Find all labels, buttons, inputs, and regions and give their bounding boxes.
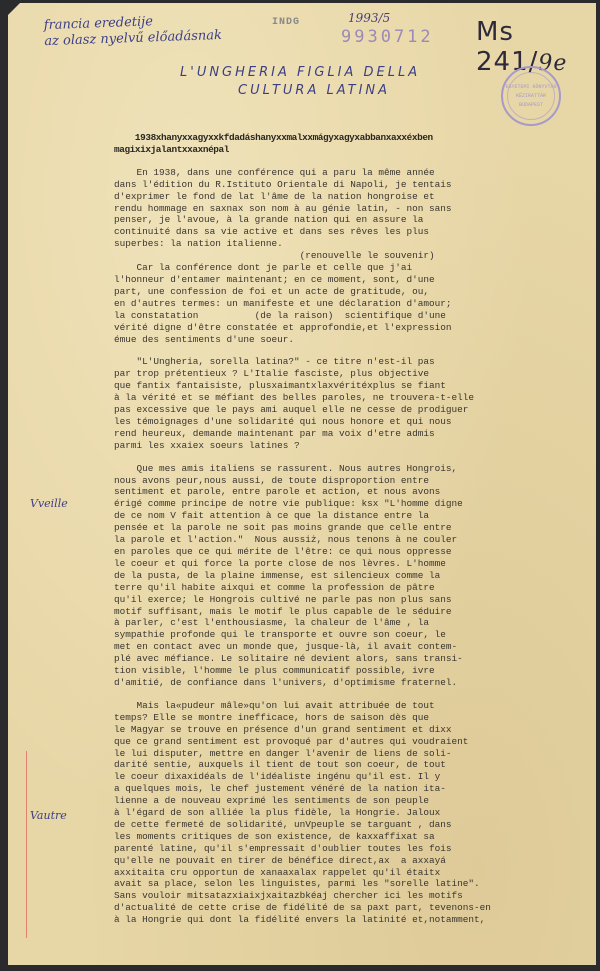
typed-line: part, une confession de foi et un acte d… — [114, 286, 584, 298]
handwritten-note-top-left: francia eredetije az olasz nyelvű előadá… — [43, 12, 222, 50]
indg-label: INDG — [272, 17, 300, 28]
typed-line: à l'égard de son alliée la plus fidèle, … — [114, 807, 584, 819]
stamp-line-2: KÉZIRATTÁR — [516, 92, 546, 101]
typed-line: le coeur dixaxidéals de l'idéaliste ingé… — [114, 771, 584, 783]
stamp-line-3: BUDAPEST — [519, 101, 543, 110]
typed-line: émue des sentiments d'une soeur. — [114, 334, 584, 346]
stamp-line-1: EGYETEMI KÖNYVTÁR — [505, 83, 556, 92]
typed-line: axxitaita cru opportun de xanaaxalax rap… — [114, 867, 584, 879]
typed-line: magixixjalantxxaxnépal — [114, 144, 584, 156]
library-stamp-icon: EGYETEMI KÖNYVTÁR KÉZIRATTÁR BUDAPEST — [501, 66, 561, 126]
typed-line: d'amitié, de confiance dans l'univers, d… — [114, 677, 584, 689]
typed-line: à parler, c'est l'enthousiasme, la chale… — [114, 617, 584, 629]
typed-line: de cette fermeté de solidarité, unVpeupl… — [114, 819, 584, 831]
typed-body: 1938xhanyxxagyxxkfdadáshanyxxmalxxmágyxa… — [114, 132, 584, 926]
typed-line: à la vérité et se méfiant des belles par… — [114, 392, 584, 404]
accession-year: 1993/5 — [348, 11, 390, 25]
typed-line: l'honneur d'entamer maintenant; en ce mo… — [114, 274, 584, 286]
paragraph-gap — [114, 156, 584, 167]
typed-line: de la pusta, de la plaine immense, est s… — [114, 570, 584, 582]
typed-line: sentiment et parole, entre parole et act… — [114, 486, 584, 498]
typed-line: Car la conférence dont je parle et celle… — [114, 262, 584, 274]
typed-line: Mais la«pudeur mâle»qu'on lui avait attr… — [114, 700, 584, 712]
typed-line: par trop prétentieux ? L'Italie fasciste… — [114, 368, 584, 380]
typed-line: "L'Ungheria, sorella latina?" - ce titre… — [114, 356, 584, 368]
typed-line: sympathie profonde qui le transporte et … — [114, 629, 584, 641]
paragraph-gap — [114, 689, 584, 700]
typed-line: la parole et l'action." Nous aussiż, nou… — [114, 534, 584, 546]
typed-line: de ce nom V fait attention à ce que la d… — [114, 510, 584, 522]
typed-line: d'exprimer le fond de lat l'âme de la na… — [114, 191, 584, 203]
typed-line: vérité digne d'être constatée et approfo… — [114, 322, 584, 334]
typed-line: 1938xhanyxxagyxxkfdadáshanyxxmalxxmágyxa… — [114, 132, 584, 144]
typed-line: darité sentie, auxquels il tient de tout… — [114, 759, 584, 771]
typed-line: parenté latine, qu'il s'empressait d'oub… — [114, 843, 584, 855]
typed-line: rendu hommage en saxnax son nom à au gén… — [114, 203, 584, 215]
document-title: L'UNGHERIA FIGLIA DELLA CULTURA LATINA — [180, 64, 480, 100]
typed-line: en d'autres termes: un manifeste et une … — [114, 298, 584, 310]
typed-line: penser, je l'avoue, à la grande nation q… — [114, 214, 584, 226]
typed-line: nous avons peur,nous aussi, de toute dis… — [114, 475, 584, 487]
paragraph-gap — [114, 345, 584, 356]
typed-line: (renouvelle le souvenir) — [114, 250, 584, 262]
margin-red-line — [26, 751, 27, 938]
typed-line: en paroles que ce qui mérite de l'être: … — [114, 546, 584, 558]
title-line-1: L'UNGHERIA FIGLIA DELLA — [180, 64, 480, 82]
typed-line: superbes: la nation italienne. — [114, 238, 584, 250]
typed-line: à la Hongrie qui dont la fidélité envers… — [114, 914, 584, 926]
typed-line: érigé comme principe de notre vie publiq… — [114, 498, 584, 510]
paragraph-gap — [114, 452, 584, 463]
typed-line: le Magyar se trouve en présence d'un gra… — [114, 724, 584, 736]
typed-line: qu'il exerce; le Hongrois cultivé ne par… — [114, 594, 584, 606]
typed-line: terre qu'il habite aixqui et comme la pr… — [114, 582, 584, 594]
typed-line: d'actualité de cette crise de fidélité d… — [114, 902, 584, 914]
typed-line: continuité dans sa vie active et dans se… — [114, 226, 584, 238]
typed-line: les témoignages d'une solidarité qui nou… — [114, 416, 584, 428]
typed-line: En 1938, dans une conférence qui a paru … — [114, 167, 584, 179]
document-page: francia eredetije az olasz nyelvű előadá… — [8, 3, 596, 965]
typed-line: pas excessive que le pays ami auquel ell… — [114, 404, 584, 416]
typed-line: met en contact avec un monde que, jusque… — [114, 641, 584, 653]
typed-line: rend heureux, demande maintenant par ma … — [114, 428, 584, 440]
typed-line: que fantix fantaisiste, plusxaimantxlaxv… — [114, 380, 584, 392]
typed-line: Sans vouloir mitsatazxiaixjxaitazbkéaj c… — [114, 890, 584, 902]
typed-line: plé avec méfiance. Le solitaire né devie… — [114, 653, 584, 665]
typed-line: pensée et la parole ne soit pas moins gr… — [114, 522, 584, 534]
typed-line: temps? Elle se montre inefficace, hors d… — [114, 712, 584, 724]
typed-line: parmi les xxaiex soeurs latines ? — [114, 440, 584, 452]
typed-line: le coeur et qui force la porte close de … — [114, 558, 584, 570]
inventory-number-stamp: 9930712 — [341, 27, 434, 47]
typed-line: les moments critiques de son existence, … — [114, 831, 584, 843]
typed-line: tion visible, l'homme le plus communicat… — [114, 665, 584, 677]
typed-line: le lui disputer, mettre en danger l'aven… — [114, 748, 584, 760]
typed-line: avait sa place, selon les linguistes, pa… — [114, 878, 584, 890]
margin-note-autre: Vautre — [30, 809, 67, 822]
typed-line: motif suffisant, mais le motif le plus c… — [114, 606, 584, 618]
typed-line: a quelques mois, le chef justement vénér… — [114, 783, 584, 795]
typed-line: qu'elle ne pouvait en tirer de bénéfice … — [114, 855, 584, 867]
typed-line: dans l'édition du R.Istituto Orientale d… — [114, 179, 584, 191]
typed-line: que ce grand sentiment est provoqué par … — [114, 736, 584, 748]
typed-line: la constatation (de la raison) scientifi… — [114, 310, 584, 322]
margin-note-veille: Vveille — [30, 497, 68, 510]
title-line-2: CULTURA LATINA — [180, 82, 480, 100]
typed-line: Que mes amis italiens se rassurent. Nous… — [114, 463, 584, 475]
typed-line: lienne a de nouveau exprimé les sentimen… — [114, 795, 584, 807]
